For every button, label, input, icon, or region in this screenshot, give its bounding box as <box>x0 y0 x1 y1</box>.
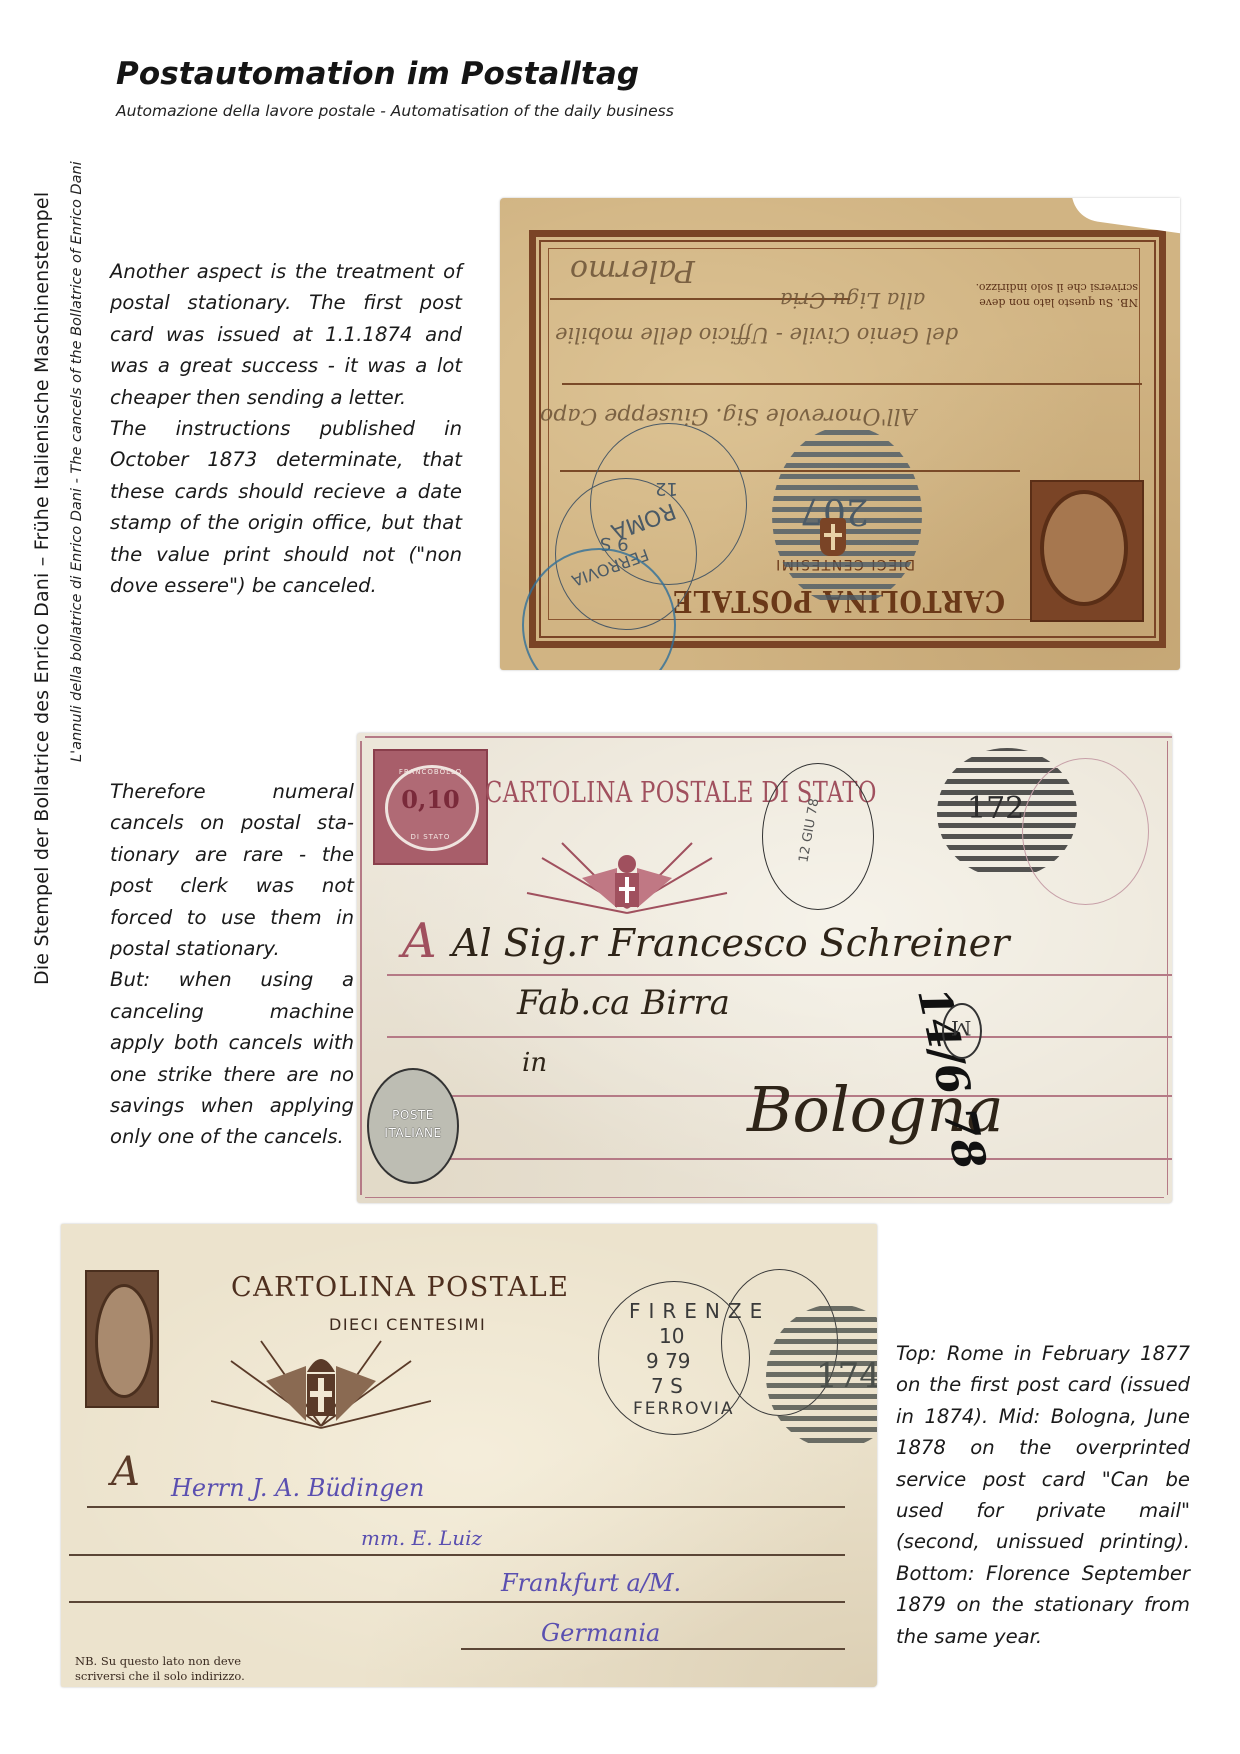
caption-text: Top: Rome in February 1877 on the first … <box>896 1338 1190 1652</box>
address-line <box>461 1648 845 1650</box>
address-line <box>562 384 1142 386</box>
handwritten-address: alla Ligu-Cria <box>780 288 925 312</box>
salutation: A <box>402 913 437 969</box>
coat-of-arms-icon <box>522 838 732 928</box>
postcard-firenze: CARTOLINA POSTALE DIECI CENTESIMI NB. Su… <box>61 1224 877 1687</box>
rarity-paragraph: But: when using a canceling machine appl… <box>110 964 354 1152</box>
postcard-bologna: FRANCOBOLLO 0,10 DI STATO CARTOLINA POST… <box>357 733 1172 1203</box>
note-line: scriversi che il solo indirizzo. <box>976 280 1138 295</box>
address-line <box>387 1158 1172 1160</box>
rarity-text: Therefore numeral cancels on postal sta­… <box>110 776 354 1153</box>
top-rule <box>365 736 1172 738</box>
page-subtitle: Automazione della lavore postale - Autom… <box>116 102 674 120</box>
overprint-line: ITALIANE <box>369 1124 457 1142</box>
handwritten-address: Frankfurt a/M. <box>501 1569 681 1597</box>
note-line: scriversi che il solo indirizzo. <box>75 1669 245 1684</box>
handwritten-address: Germania <box>541 1619 660 1647</box>
stamp-portrait-icon <box>1030 480 1144 622</box>
sidebar-subtitle: L'annuli della bollatrice di Enrico Dani… <box>66 42 88 762</box>
date-stamp-text: 10 <box>659 1324 684 1348</box>
date-stamp-bologna <box>762 763 874 910</box>
handwritten-address: mm. E. Luiz <box>361 1526 482 1550</box>
card-value: DIECI CENTESIMI <box>329 1315 486 1334</box>
address-line <box>387 974 1172 976</box>
handwritten-address: Herrn J. A. Büdingen <box>171 1474 424 1502</box>
intro-paragraph: Another aspect is the treat­ment of post… <box>110 256 462 413</box>
date-stamp-text: 7 S <box>651 1374 683 1398</box>
address-line <box>69 1601 845 1603</box>
handwritten-address: Fab.ca Birra <box>517 983 730 1023</box>
handwritten-address: del Genio Civile - Ufficio delle mobilie <box>555 323 958 347</box>
handwritten-address: Palermo <box>570 253 695 288</box>
numeral-cancel-number: 172 <box>967 791 1024 826</box>
m-mark-text: M <box>951 1016 971 1040</box>
numeral-cancel-number: 174 <box>816 1356 877 1396</box>
date-stamp-text: FERROVIA <box>633 1399 735 1419</box>
intro-paragraph: The instructions published in October 18… <box>110 413 462 601</box>
date-stamp-text: 9 79 <box>646 1349 691 1373</box>
salutation: A <box>111 1449 140 1495</box>
caption-paragraph: Top: Rome in February 1877 on the first … <box>896 1338 1190 1652</box>
service-stamp: FRANCOBOLLO 0,10 DI STATO <box>373 749 488 865</box>
page-title: Postautomation im Postalltag <box>116 56 639 92</box>
handwritten-address: Al Sig.r Francesco Schreiner <box>452 921 1009 965</box>
stamp-value: 0,10 <box>375 785 486 814</box>
coat-of-arms-icon <box>211 1336 431 1446</box>
rarity-paragraph: Therefore numeral cancels on postal sta­… <box>110 776 354 964</box>
coat-of-arms-icon <box>820 518 846 556</box>
note-line: NB. Su questo lato non deve <box>976 295 1138 310</box>
left-rule <box>360 741 362 1195</box>
card-note: NB. Su questo lato non deve scriversi ch… <box>976 280 1138 310</box>
note-line: NB. Su questo lato non deve <box>75 1654 245 1669</box>
stamp-ring-text: FRANCOBOLLO <box>375 768 486 776</box>
card-note: NB. Su questo lato non deve scriversi ch… <box>75 1654 245 1684</box>
address-line <box>387 1036 1172 1038</box>
intro-text: Another aspect is the treat­ment of post… <box>110 256 462 601</box>
sidebar-title: Die Stempel der Bollatrice des Enrico Da… <box>28 45 56 985</box>
right-rule <box>1167 741 1169 1195</box>
overprint-seal: POSTE ITALIANE <box>367 1068 459 1184</box>
postcard-rome: CARTOLINA POSTALE DIECI CENTESIMI NB. Su… <box>500 198 1180 670</box>
address-line <box>69 1554 845 1556</box>
stamp-portrait-icon <box>85 1270 159 1408</box>
handwritten-address: All'Onorevole Sig. Giuseppe Capo <box>540 403 916 428</box>
bottom-rule <box>365 1197 1164 1199</box>
address-line <box>87 1506 845 1508</box>
faint-oval <box>1022 758 1149 905</box>
card-title: CARTOLINA POSTALE <box>231 1272 569 1303</box>
handwritten-address: in <box>522 1048 547 1078</box>
stamp-ring-text: DI STATO <box>375 833 486 841</box>
overprint-line: POSTE <box>369 1106 457 1124</box>
